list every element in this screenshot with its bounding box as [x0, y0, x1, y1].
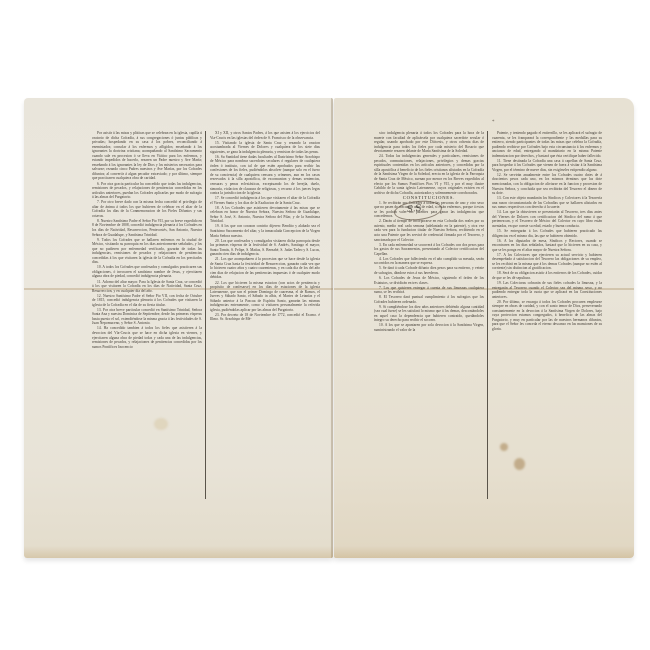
paragraph: 16. Su Santidad tiene dadas facultades a… [210, 155, 320, 196]
paragraph: 9. Todos los Cofrades que se hallaren en… [92, 238, 202, 265]
page-mark: * [492, 120, 495, 125]
column-divider-rule [205, 131, 206, 499]
left-page-column-1: Por asistir á las misas y pláticas que s… [92, 131, 202, 499]
paragraph: 5. Se dará á cada Cofrade difunto diez p… [374, 266, 484, 275]
ink-stain-small [500, 443, 508, 451]
paragraph: 20. Por último, se encarga á todos los C… [492, 300, 602, 332]
right-page-column-1: xico indulgencia plenaria á todos los Co… [374, 131, 484, 499]
paragraph: 15. Se entregarán á los Cofrades que hub… [492, 229, 602, 238]
paragraph: 17. Se concedió indulgencia á los que vi… [210, 196, 320, 205]
paragraph: 8. El Tesorero dará puntual cumplimiento… [374, 295, 484, 304]
paragraph: 13. Con este objeto mandarán los Síndico… [492, 196, 602, 210]
paragraph: 10. A los que se apuntaren por sola devo… [374, 323, 484, 332]
paragraph: 20. Los que confesados y comulgados visi… [210, 239, 320, 257]
right-page: * xico indulgencia plenaria á todos los … [334, 98, 634, 558]
paragraph: XI y XII, y otros Santos Padres, á los q… [210, 131, 320, 140]
paragraph: 7. Por otro breve dado con la misma fech… [92, 200, 202, 218]
paragraph: 2. Darán al tiempo de incorporarse en es… [374, 219, 484, 242]
paragraph: Por asistir á las misas y pláticas que s… [92, 131, 202, 181]
paragraph: 14. Ha concedido tambien á todos los fie… [92, 326, 202, 349]
paragraph: 14. Las que la obtuvieren se presentarán… [492, 210, 602, 228]
open-document-sheet: Por asistir á las misas y pláticas que s… [24, 98, 634, 558]
paragraph: 11. Tiene destinada la Cofradía una casa… [492, 159, 602, 173]
paragraph: 11. Adorno del altar mayor. Para la Igle… [92, 280, 202, 294]
left-page-column-2: XI y XII, y otros Santos Padres, á los q… [210, 131, 320, 499]
paragraph: 3. En cada enfermedad se socorrerá á los… [374, 243, 484, 257]
center-fold-crease [331, 98, 333, 558]
paragraph: 17. A los Colectores que ejercieren su a… [492, 253, 602, 271]
column-divider-rule [487, 131, 488, 499]
paragraph: 19. Las Colectoras cobrarán de sus fiele… [492, 281, 602, 299]
paragraph: 12. Se servirán anualmente entre los Cof… [492, 173, 602, 196]
water-stain [154, 418, 168, 430]
paragraph: 12. Nuestro Santísimo Padre el Señor Pio… [92, 294, 202, 308]
paragraph: 22. Los que hicieren la misma estacion (… [210, 281, 320, 313]
paragraph: 19. A los que con corazon contrito dijer… [210, 224, 320, 238]
paragraph: 10. A todos los Cofrades que confesados … [92, 265, 202, 279]
paragraph: 24. Todas las indulgencias generales y p… [374, 154, 484, 195]
paragraph: 7. Los que quisieren entregar á cuenta d… [374, 286, 484, 295]
paragraph: 16. A los diputados de mesa, Síndicos y … [492, 239, 602, 253]
paragraph: 13. Por otra breve particular concedió e… [92, 308, 202, 326]
paragraph: 4. Los Cofrades que falleciendo en el añ… [374, 257, 484, 266]
paragraph: xico indulgencia plenaria á todos los Co… [374, 131, 484, 154]
paragraph: 18. A los Cofrades que asistieren devota… [210, 206, 320, 224]
paragraph: 21. Los que acompañaren á la procesion q… [210, 257, 320, 280]
paragraph: 15. Visitando la iglesia de Santa Cruz y… [210, 141, 320, 155]
paragraph: Patente, y teniendo pagado el entierrill… [492, 131, 602, 158]
paragraph: 6. Por otra gracia particular ha concedi… [92, 182, 202, 200]
left-page: Por asistir á las misas y pláticas que s… [24, 98, 333, 558]
constitutions-heading: CONSTITUCIONES. [374, 196, 484, 201]
stamp-text: S.S. [406, 203, 424, 215]
right-page-column-2: Patente, y teniendo pagado el entierrill… [492, 131, 602, 499]
paragraph: 18. Será de su obligacion asistir á los … [492, 271, 602, 280]
ink-stain-large [514, 458, 525, 470]
paragraph: 9. Si cumpliéndose los diez años anterio… [374, 305, 484, 323]
paragraph: 8. Nuestro Santísimo Padre el Señor Pio … [92, 219, 202, 237]
paragraph: 6. Los Cofrades de Jesus de México, sigu… [374, 276, 484, 285]
paragraph: 23. Por decreto de 18 de Noviembre de 17… [210, 313, 320, 322]
